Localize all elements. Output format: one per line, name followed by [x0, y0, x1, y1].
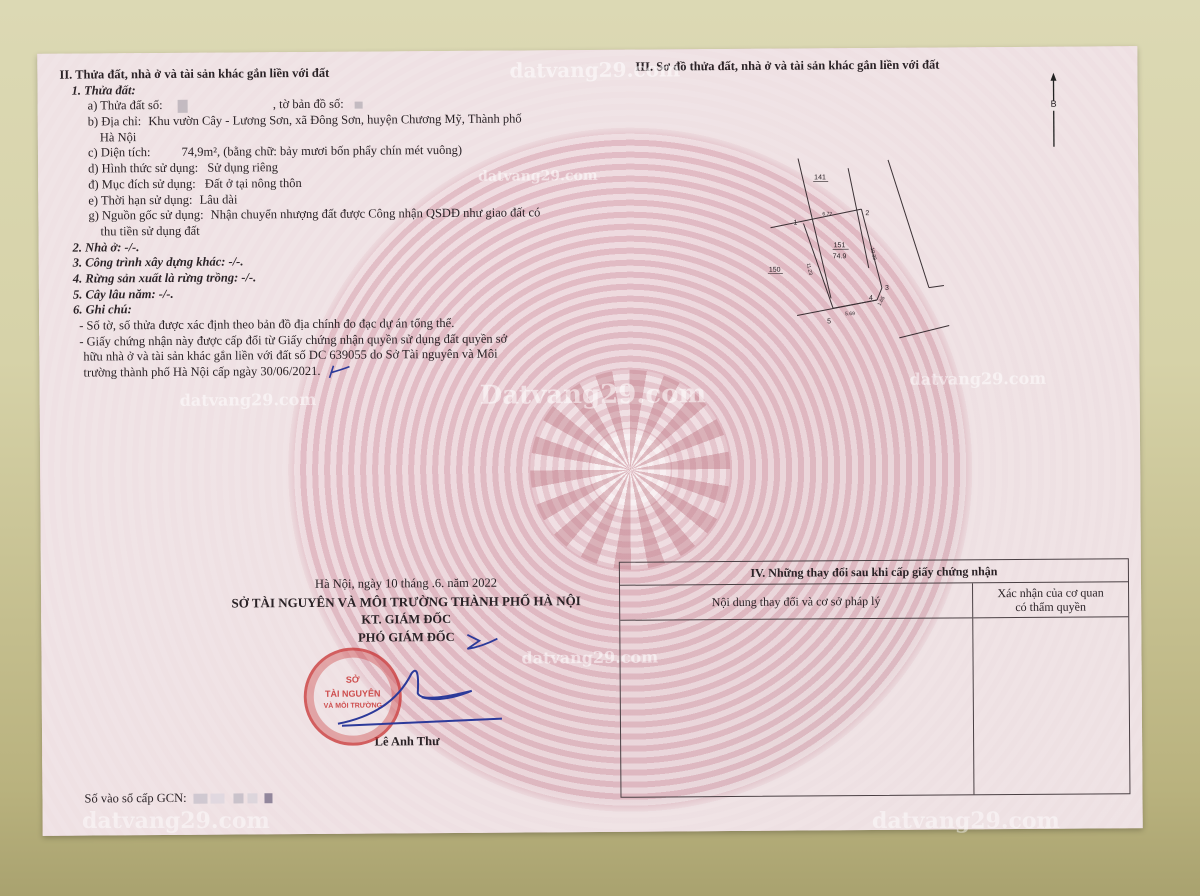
registry-number-label: Số vào sổ cấp GCN:	[84, 791, 186, 806]
usage-form-label: d) Hình thức sử dụng:	[88, 161, 198, 176]
land-certificate-page: II. Thửa đất, nhà ở và tài sản khác gắn …	[37, 46, 1142, 836]
purpose-label: đ) Mục đích sử dụng:	[88, 177, 196, 192]
neighbor-parcel-141: 141	[814, 174, 826, 181]
area-label: c) Diện tích:	[88, 145, 151, 159]
north-arrow-icon	[1043, 71, 1064, 151]
watermark: Datvang29.com	[480, 379, 707, 411]
redacted-registry-number	[194, 794, 208, 804]
origin-value: Nhận chuyển nhượng đất được Công nhận QS…	[211, 206, 541, 222]
usage-form-value: Sử dụng riêng	[207, 160, 278, 174]
term-value: Lâu dài	[200, 192, 238, 206]
redacted-block	[211, 794, 225, 804]
address-label: b) Địa chỉ:	[88, 114, 142, 128]
section-3-title: III. Sơ đồ thửa đất, nhà ở và tài sản kh…	[635, 58, 939, 75]
watermark: datvang29.com	[910, 369, 1047, 389]
north-label: B	[1051, 99, 1057, 109]
parcel-area: 74.9	[833, 253, 847, 260]
watermark: datvang29.com	[82, 808, 270, 834]
redacted-block	[247, 793, 257, 803]
column-header-change-content: Nội dung thay đổi và cơ sở pháp lý	[620, 583, 972, 620]
watermark: datvang29.com	[180, 390, 317, 410]
point-5: 5	[827, 318, 831, 325]
watermark: datvang29.com	[872, 808, 1060, 834]
registry-number-row: Số vào sổ cấp GCN:	[84, 790, 272, 806]
origin-label: g) Nguồn gốc sử dụng:	[88, 208, 203, 223]
north-arrow: B	[1043, 71, 1064, 151]
redacted-block	[234, 794, 244, 804]
neighbor-parcel-150: 150	[769, 267, 781, 274]
address-value: Khu vườn Cây - Lương Sơn, xã Đông Sơn, h…	[148, 112, 521, 129]
edge-1-2: 6.72	[822, 211, 832, 217]
changes-content-column: Nội dung thay đổi và cơ sở pháp lý	[620, 583, 974, 796]
point-2: 2	[865, 210, 869, 217]
changes-table: IV. Những thay đổi sau khi cấp giấy chứn…	[619, 558, 1131, 798]
parcel-sketch: 141 150 151 74.9 1 2 3 4 5 6.72 10.32 1.…	[758, 157, 969, 348]
edge-5-1: 11.23	[805, 263, 814, 276]
initial-mark-icon	[463, 631, 503, 661]
edge-2-3: 10.32	[869, 247, 878, 261]
redacted-map-sheet	[355, 102, 363, 109]
map-sheet-label: , tờ bản đồ số:	[273, 97, 344, 111]
column-header-authority-line1: Xác nhận của cơ quan	[997, 585, 1103, 600]
redacted-block	[264, 793, 272, 803]
point-3: 3	[885, 285, 889, 292]
purpose-value: Đất ở tại nông thôn	[205, 176, 302, 191]
watermark: datvang29.com	[509, 57, 680, 82]
column-header-authority: Xác nhận của cơ quan có thẩm quyền	[973, 582, 1128, 618]
area-value: 74,9m², (bằng chữ: bảy mươi bốn phẩy chí…	[182, 143, 463, 159]
handwritten-signature-icon	[332, 663, 513, 744]
redacted-parcel-number	[178, 100, 188, 113]
edge-4-5: 5.69	[845, 311, 855, 317]
section-2-land-info: II. Thửa đất, nhà ở và tài sản khác gắn …	[59, 64, 581, 381]
watermark: datvang29.com	[521, 648, 658, 668]
column-header-authority-line2: có thẩm quyền	[997, 599, 1103, 614]
authority-confirmation-column: Xác nhận của cơ quan có thẩm quyền	[973, 582, 1129, 794]
watermark: datvang29.com	[478, 168, 598, 185]
point-4: 4	[869, 295, 873, 302]
parcel-number-label: a) Thửa đất số:	[88, 98, 163, 113]
term-label: e) Thời hạn sử dụng:	[88, 192, 192, 207]
note-2-line3: trường thành phố Hà Nội cấp ngày 30/06/2…	[83, 364, 320, 380]
parcel-number: 151	[834, 242, 846, 249]
initial-mark-icon	[324, 364, 354, 380]
point-1: 1	[793, 220, 797, 227]
